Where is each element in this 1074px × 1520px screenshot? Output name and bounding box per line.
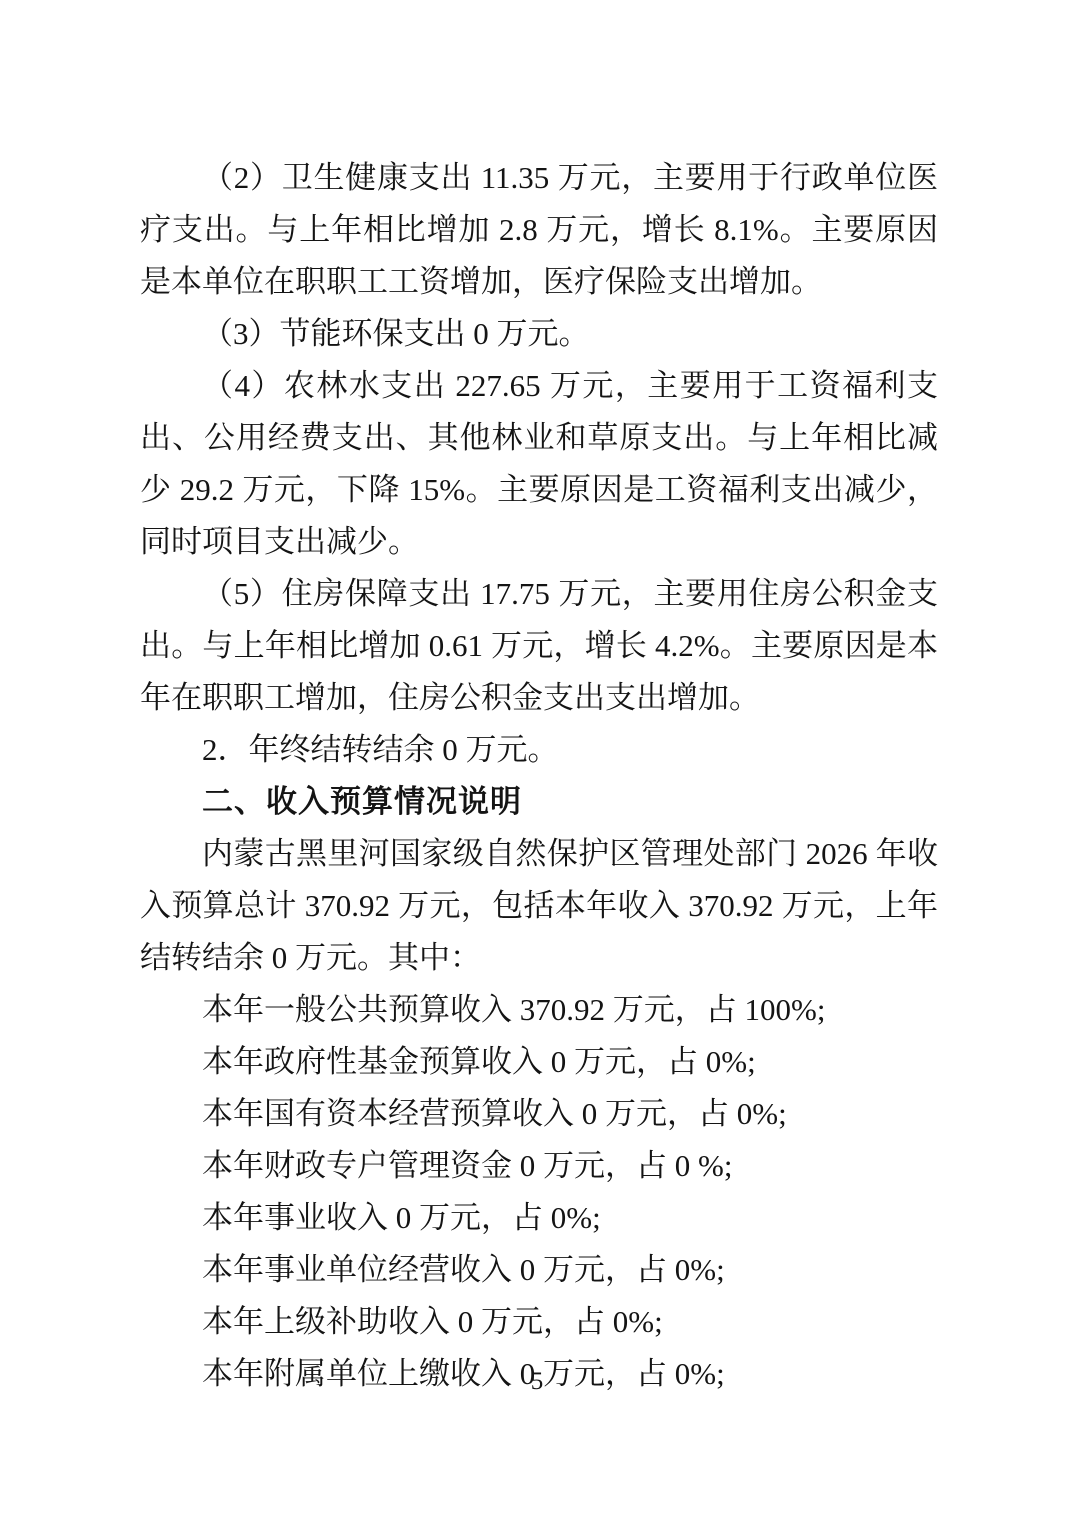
section-heading-income-budget: 二、收入预算情况说明 (140, 776, 938, 828)
paragraph-fiscal-special-account-funds: 本年财政专户管理资金 0 万元，占 0 %; (140, 1140, 938, 1192)
paragraph-business-income: 本年事业收入 0 万元，占 0%; (140, 1192, 938, 1244)
paragraph-year-end-carryover: 2．年终结转结余 0 万元。 (140, 724, 938, 776)
paragraph-income-budget-overview: 内蒙古黑里河国家级自然保护区管理处部门 2026 年收入预算总计 370.92 … (140, 828, 938, 984)
paragraph-state-capital-operation-income: 本年国有资本经营预算收入 0 万元，占 0%; (140, 1088, 938, 1140)
paragraph-business-unit-operating-income: 本年事业单位经营收入 0 万元，占 0%; (140, 1244, 938, 1296)
paragraph-superior-subsidy-income: 本年上级补助收入 0 万元，占 0%; (140, 1296, 938, 1348)
document-body: （2）卫生健康支出 11.35 万元，主要用于行政单位医疗支出。与上年相比增加 … (140, 152, 938, 1400)
paragraph-government-fund-budget-income: 本年政府性基金预算收入 0 万元，占 0%; (140, 1036, 938, 1088)
paragraph-agriculture-forestry-water-expenditure: （4）农林水支出 227.65 万元，主要用于工资福利支出、公用经费支出、其他林… (140, 360, 938, 568)
paragraph-general-public-budget-income: 本年一般公共预算收入 370.92 万元，占 100%; (140, 984, 938, 1036)
paragraph-energy-conservation-expenditure: （3）节能环保支出 0 万元。 (140, 308, 938, 360)
paragraph-health-expenditure: （2）卫生健康支出 11.35 万元，主要用于行政单位医疗支出。与上年相比增加 … (140, 152, 938, 308)
page-number: 5 (531, 1368, 544, 1395)
paragraph-housing-security-expenditure: （5）住房保障支出 17.75 万元，主要用住房公积金支出。与上年相比增加 0.… (140, 568, 938, 724)
page-footer: 5 (0, 1366, 1074, 1398)
document-page: （2）卫生健康支出 11.35 万元，主要用于行政单位医疗支出。与上年相比增加 … (0, 0, 1074, 1520)
